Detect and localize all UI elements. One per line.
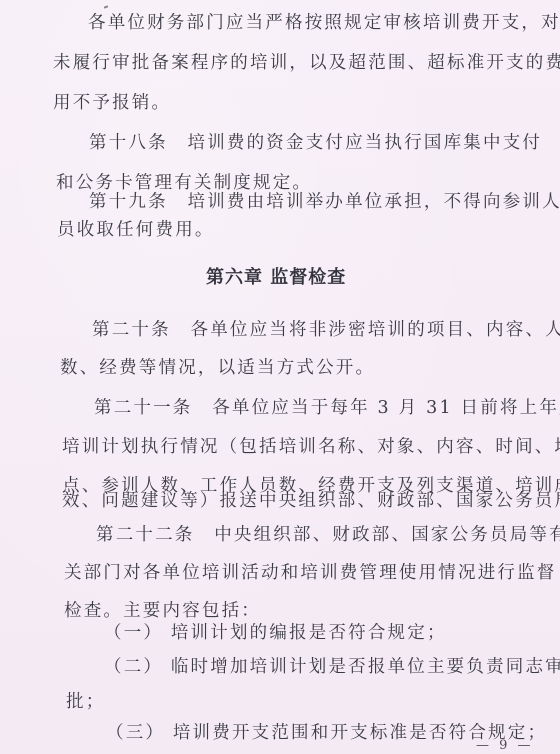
list-item-1: （一） 培训计划的编报是否符合规定；	[104, 622, 447, 644]
article-20-line: 数、经费等情况，以适当方式公开。	[60, 357, 375, 379]
article-19-line: 第十九条 培训费由培训举办单位承担，不得向参训人	[89, 191, 560, 213]
list-item-2-continued: 批；	[66, 691, 105, 713]
paragraph-line: 用不予报销。	[53, 92, 171, 114]
article-18-line: 第十八条 培训费的资金支付应当执行国库集中支付	[89, 132, 542, 154]
document-page: 各单位财务部门应当严格按照规定审核培训费开支，对 未履行审批备案程序的培训，以及…	[0, 0, 560, 754]
chapter-heading: 第六章 监督检查	[206, 263, 346, 289]
article-22-line: 第二十二条 中央组织部、财政部、国家公务员局等有	[96, 524, 560, 546]
article-21-line: 第二十一条 各单位应当于每年 3 月 31 日前将上年度	[94, 397, 560, 419]
page-number: — 9 —	[476, 738, 534, 753]
article-20-line: 第二十条 各单位应当将非涉密培训的项目、内容、人	[92, 319, 560, 341]
paragraph-line: 各单位财务部门应当严格按照规定审核培训费开支，对	[88, 12, 560, 34]
article-21-line: 效、问题建议等）报送中央组织部、财政部、国家公务员局。	[62, 490, 560, 512]
article-21-line: 培训计划执行情况（包括培训名称、对象、内容、时间、地	[62, 436, 560, 458]
paragraph-line: 未履行审批备案程序的培训，以及超范围、超标准开支的费	[53, 52, 560, 74]
article-19-line: 员收取任何费用。	[57, 219, 215, 241]
article-22-line: 检查。主要内容包括：	[64, 600, 261, 622]
article-22-line: 关部门对各单位培训活动和培训费管理使用情况进行监督	[64, 562, 557, 584]
scan-speck	[104, 5, 108, 8]
list-item-2: （二） 临时增加培训计划是否报单位主要负责同志审	[104, 656, 560, 678]
